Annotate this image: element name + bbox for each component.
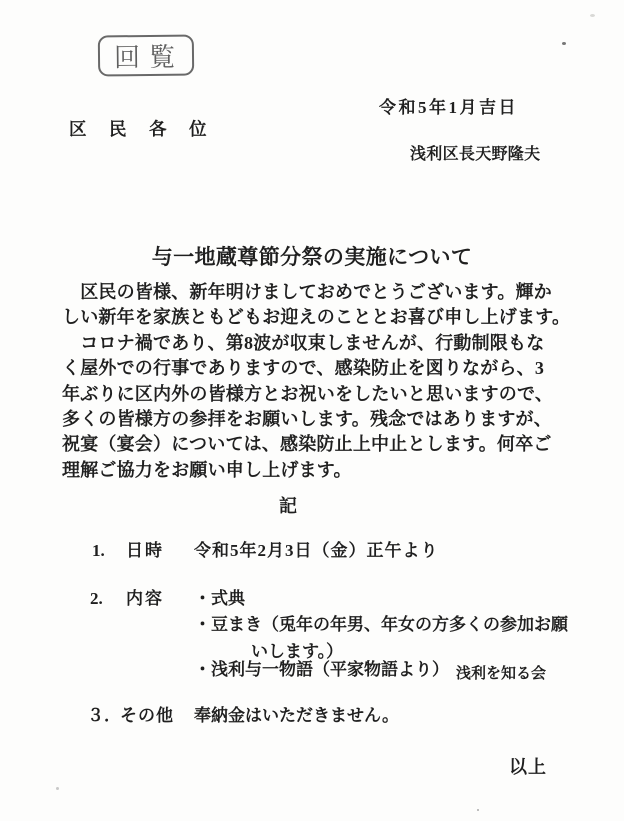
record-marker: 記 <box>279 492 297 518</box>
scan-speck <box>477 809 479 811</box>
closing-mark: 以上 <box>509 753 547 779</box>
item2-bullet-ceremony: ・式典 <box>194 588 245 609</box>
item2-bullet-mamemaki: ・豆まき（兎年の年男、年女の方多くの参加お願 <box>194 614 568 635</box>
addressee: 区 民 各 位 <box>69 116 209 141</box>
body-line: 区民の皆様、新年明けましておめでとうございます。輝か <box>62 280 570 305</box>
body-line: く屋外での行事でありますので、感染防止を図りながら、3 <box>62 356 570 381</box>
circulation-stamp: 回覧 <box>98 34 194 76</box>
item2-note: 浅利を知る会 <box>456 662 546 683</box>
document-title: 与一地蔵尊節分祭の実施について <box>0 241 624 271</box>
body-line: 多くの皆様方の参拝をお願いします。残念ではありますが、 <box>62 407 570 432</box>
document-date: 令和5年1月吉日 <box>379 93 518 118</box>
body-line: 理解ご協力をお願い申し上げます。 <box>62 458 570 483</box>
item1-number: 1. <box>92 540 105 561</box>
body-line: しい新年を家族ともどもお迎えのこととお喜び申し上げます。 <box>62 305 570 330</box>
item1-label: 日時 <box>126 540 164 561</box>
stamp-text: 回覧 <box>114 37 184 75</box>
item3-content: 奉納金はいただきません。 <box>194 705 399 726</box>
body-line: 祝宴（宴会）については、感染防止上中止とします。何卒ご <box>62 432 570 457</box>
body-line: 年ぶりに区内外の皆様方とお祝いをしたいと思いますので、 <box>62 382 570 407</box>
scan-speck <box>562 42 566 45</box>
body-line: コロナ禍であり、第8波が収束しませんが、行動制限もな <box>62 331 570 356</box>
body-text: 区民の皆様、新年明けましておめでとうございます。輝か しい新年を家族ともどもお迎… <box>62 280 570 483</box>
document-page: 回覧 令和5年1月吉日 区 民 各 位 浅利区長天野隆夫 与一地蔵尊節分祭の実施… <box>0 0 624 821</box>
sender-name: 浅利区長天野隆夫 <box>410 141 540 164</box>
item2-number: 2. <box>90 588 103 609</box>
item2-bullet-story: ・浅利与一物語（平家物語より） <box>194 659 449 680</box>
scan-speck <box>56 787 59 790</box>
item2-label: 内容 <box>126 588 164 609</box>
item1-content: 令和5年2月3日（金）正午より <box>194 540 439 561</box>
item3-number: ３． <box>87 705 121 726</box>
item3-label: その他 <box>120 705 174 726</box>
scan-speck <box>590 14 595 17</box>
